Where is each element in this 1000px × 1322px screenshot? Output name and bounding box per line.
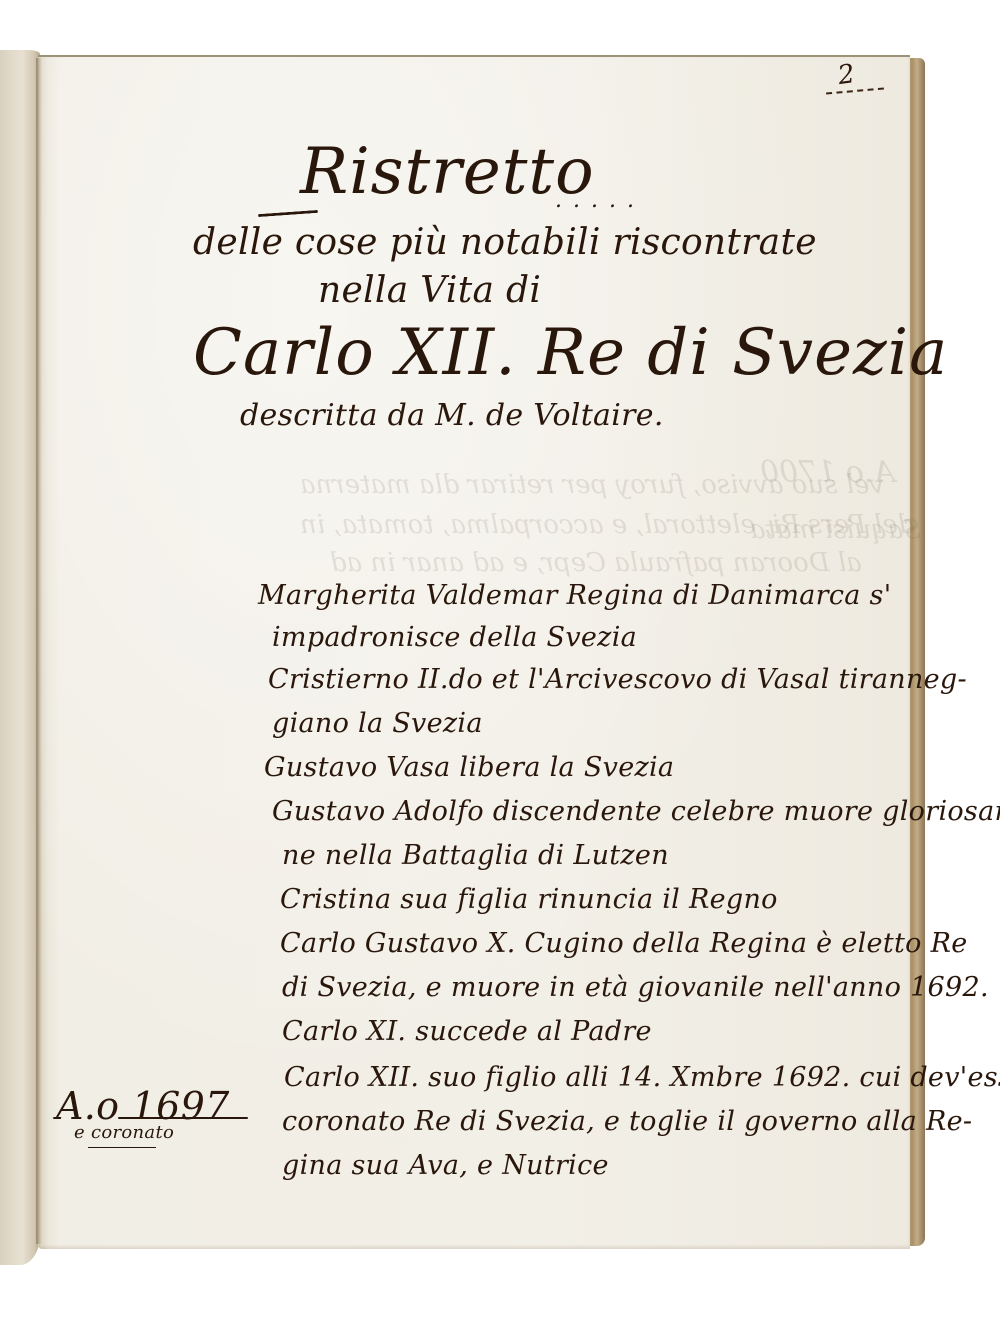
entry-line: coronato Re di Svezia, e toglie il gover… <box>282 1106 972 1137</box>
entry-line: Gustavo Vasa libera la Svezia <box>264 752 674 783</box>
entry-line: Gustavo Adolfo discendente celebre muore… <box>272 796 1000 827</box>
margin-year-flourish <box>118 1117 248 1119</box>
entry-line: gina sua Ava, e Nutrice <box>282 1150 609 1181</box>
entry-line: giano la Svezia <box>272 708 483 739</box>
subtitle-line-2: nella Vita di <box>318 270 541 311</box>
entry-line: di Svezia, e muore in età giovanile nell… <box>282 972 989 1003</box>
title-dots: . . . . . <box>555 188 636 213</box>
entry-line: Carlo XI. succede al Padre <box>282 1016 652 1047</box>
entry-line: Cristierno II.do et l'Arcivescovo di Vas… <box>268 664 967 695</box>
subtitle-line-1: delle cose più notabili riscontrate <box>193 222 817 263</box>
entry-line: Carlo XII. suo figlio alli 14. Xmbre 169… <box>284 1062 1000 1093</box>
document-title: Ristretto <box>300 135 595 209</box>
entry-line: ne nella Battaglia di Lutzen <box>282 840 669 871</box>
entry-line: Margherita Valdemar Regina di Danimarca … <box>258 580 891 611</box>
gutter-shadow <box>36 58 42 1244</box>
manuscript-photo: vel suo avviso, furoy per retirar dla ma… <box>0 0 1000 1322</box>
margin-note-underline <box>88 1147 156 1148</box>
entry-line: Cristina sua figlia rinuncia il Regno <box>280 884 778 915</box>
author-line: descritta da M. de Voltaire. <box>240 398 664 433</box>
entry-line: Carlo Gustavo X. Cugino della Regina è e… <box>280 928 967 959</box>
left-page-sliver <box>0 50 40 1265</box>
margin-note: e coronato <box>74 1122 174 1143</box>
subject-heading: Carlo XII. Re di Svezia <box>193 316 948 390</box>
entry-line: impadronisce della Svezia <box>272 622 637 653</box>
